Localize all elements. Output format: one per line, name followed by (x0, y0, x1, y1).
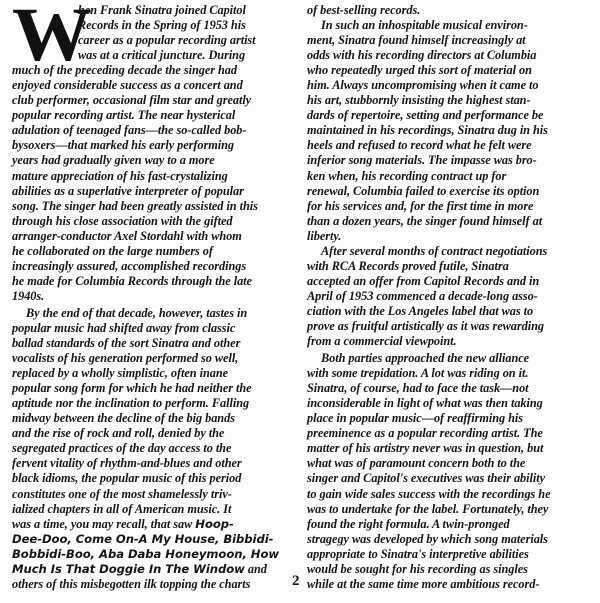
text-line: through his close association with the g… (12, 214, 288, 229)
text-line: song. The singer had been greatly assist… (12, 199, 288, 214)
text-line: heels and refused to record what he felt… (307, 138, 589, 153)
text-line: segregated practices of the day access t… (12, 441, 288, 456)
song-title-line: Bobbidi-Boo, Aba Daba Honeymoon, How (12, 547, 288, 562)
text-line: would be sought for his recording as sin… (307, 562, 589, 577)
text-line: Sinatra, of course, had to face the task… (307, 381, 589, 396)
text-line: him. Always uncompromising when it came … (307, 78, 589, 93)
text-line: and the rise of rock and roll, denied by… (12, 426, 288, 441)
text-line: renewal, Columbia failed to exercise its… (307, 184, 589, 199)
paragraph-4: After several months of contract negotia… (307, 244, 589, 349)
text-line: liberty. (307, 229, 589, 244)
text-line: others of this misbegotten ilk topping t… (12, 577, 288, 592)
text-line: ciation with the Los Angeles label that … (307, 304, 589, 319)
text-line: singer and Capitol's executives was thei… (307, 471, 589, 486)
text-line: ment, Sinatra found himself increasingly… (307, 33, 589, 48)
text-line: popular recording artist. The near hyste… (12, 108, 288, 123)
text-line: mature appreciation of his fast-crystali… (12, 169, 288, 184)
text-line: odds with his recording directors at Col… (307, 48, 589, 63)
text-line: Both parties approached the new alliance (307, 351, 589, 366)
text-line: was to undertake for the label. Fortunat… (307, 502, 589, 517)
text-line: constitutes one of the most shamelessly … (12, 487, 288, 502)
text-line: inconsiderable in light of what was then… (307, 396, 589, 411)
left-column: W hen Frank Sinatra joined Capitol Recor… (12, 3, 288, 592)
text-line: with RCA Records proved futile, Sinatra (307, 259, 589, 274)
text-line: ballad standards of the sort Sinatra and… (12, 336, 288, 351)
text-line: place in popular music—of reaffirming hi… (307, 411, 589, 426)
text-line: he collaborated on the large numbers of (12, 244, 288, 259)
text-line: matter of his artistry never was in ques… (307, 441, 589, 456)
text-line: who repeatedly urged this sort of materi… (307, 63, 589, 78)
text-line: he made for Columbia Records through the… (12, 274, 288, 289)
song-title: Much Is That Doggie In The Window (12, 562, 245, 576)
text-line: After several months of contract negotia… (307, 244, 589, 259)
paragraph-3: In such an inhospitable musical environ-… (307, 18, 589, 244)
text-line: stragegy was developed by which song mat… (307, 532, 589, 547)
text-line: Much Is That Doggie In The Window and (12, 562, 288, 577)
page-number: 2 (292, 573, 300, 590)
booklet-page: W hen Frank Sinatra joined Capitol Recor… (0, 0, 600, 603)
text-line: popular song form for which he had neith… (12, 381, 288, 396)
text-line: while at the same time more ambitious re… (307, 577, 589, 592)
text-line: replaced by a wholly simplistic, often i… (12, 366, 288, 381)
text-line: years had gradually given way to a more (12, 153, 288, 168)
paragraph-2: By the end of that decade, however, tast… (12, 306, 288, 592)
right-column: of best-selling records. In such an inho… (307, 3, 589, 592)
text-line: abilities as a superlative interpreter o… (12, 184, 288, 199)
text-line: found the right formula. A twin-pronged (307, 517, 589, 532)
paragraph-5: Both parties approached the new alliance… (307, 351, 589, 592)
text-line: 1940s. (12, 289, 288, 304)
text-line: inferior song materials. The impasse was… (307, 153, 589, 168)
text-line: By the end of that decade, however, tast… (12, 306, 288, 321)
text-line: dards of repertoire, setting and perform… (307, 108, 589, 123)
text-line: prove as fruitful artistically as it was… (307, 319, 589, 334)
text-line: aptitude nor the inclination to perform.… (12, 396, 288, 411)
text-line: for his services and, for the first time… (307, 199, 589, 214)
text-line: than a dozen years, the singer found him… (307, 214, 589, 229)
text-line: vocalists of his generation performed so… (12, 351, 288, 366)
text-line: adulation of teenaged fans—the so-called… (12, 123, 288, 138)
text-fragment: and (245, 562, 267, 576)
text-line: with some trepidation. A lot was riding … (307, 366, 589, 381)
text-line: what was of paramount concern both to th… (307, 456, 589, 471)
text-line: maintained in his recordings, Sinatra du… (307, 123, 589, 138)
text-line: preeminence as a popular recording artis… (307, 426, 589, 441)
text-line: accepted an offer from Capitol Records a… (307, 274, 589, 289)
text-line: midway between the decline of the big ba… (12, 411, 288, 426)
text-line: bysoxers—that marked his early performin… (12, 138, 288, 153)
text-line: his art, stubbornly insisting the highes… (307, 93, 589, 108)
song-title-line: Dee-Doo, Come On-A My House, Bibbidi- (12, 532, 288, 547)
text-fragment: was a time, you may recall, that saw (12, 517, 195, 531)
text-line: black idioms, the popular music of this … (12, 471, 288, 486)
text-line: of best-selling records. (307, 3, 589, 18)
text-line: ialized chapters in all of American musi… (12, 502, 288, 517)
text-line: enjoyed considerable success as a concer… (12, 78, 288, 93)
text-line: appropriate to Sinatra's interpretive ab… (307, 547, 589, 562)
text-line: increasingly assured, accomplished recor… (12, 259, 288, 274)
drop-cap: W (12, 5, 92, 65)
text-line: popular music had shifted away from clas… (12, 321, 288, 336)
text-line: In such an inhospitable musical environ- (307, 18, 589, 33)
text-line: was a time, you may recall, that saw Hoo… (12, 517, 288, 532)
text-line: fervent vitality of rhythm-and-blues and… (12, 456, 288, 471)
song-title: Hoop- (195, 517, 234, 531)
text-line: arranger-conductor Axel Stordahl with wh… (12, 229, 288, 244)
text-line: club performer, occasional film star and… (12, 93, 288, 108)
text-line: April of 1953 commenced a decade-long as… (307, 289, 589, 304)
text-line: to gain wide sales success with the reco… (307, 487, 589, 502)
text-line: ken when, his recording contract up for (307, 169, 589, 184)
text-line: from a commercial viewpoint. (307, 334, 589, 349)
